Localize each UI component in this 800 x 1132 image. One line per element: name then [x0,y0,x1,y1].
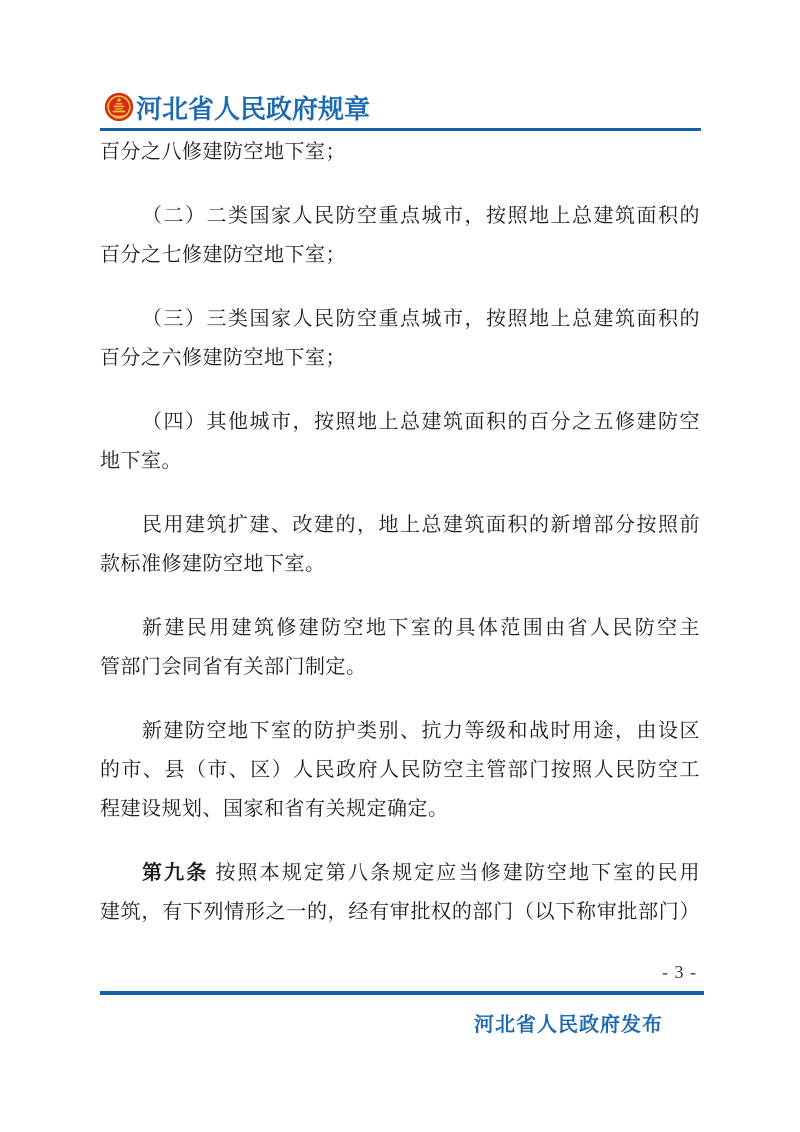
paragraph: 新建民用建筑修建防空地下室的具体范围由省人民防空主管部门会同省有关部门制定。 [100,609,700,687]
text-line: 新建民用建筑修建防空地下室的具体范围由省人民防空主 [100,609,700,648]
paragraph: （三）三类国家人民防空重点城市，按照地上总建筑面积的百分之六修建防空地下室； [100,300,700,378]
footer-rule [100,991,704,995]
publisher-label: 河北省人民政府发布 [474,1008,663,1037]
text-line: 程建设规划、国家和省有关规定确定。 [100,790,700,829]
text-line: （二）二类国家人民防空重点城市，按照地上总建筑面积的 [100,197,700,236]
paragraph: （二）二类国家人民防空重点城市，按照地上总建筑面积的百分之七修建防空地下室； [100,197,700,275]
page-number: - 3 - [662,962,697,983]
text-line: 建筑，有下列情形之一的，经有审批权的部门（以下称审批部门） [100,893,700,932]
document-page: 河北省人民政府规章 百分之八修建防空地下室；（二）二类国家人民防空重点城市，按照… [0,0,800,1132]
text-line: （三）三类国家人民防空重点城市，按照地上总建筑面积的 [100,300,700,339]
body-text: 百分之八修建防空地下室；（二）二类国家人民防空重点城市，按照地上总建筑面积的百分… [100,133,700,957]
text-line: 的市、县（市、区）人民政府人民防空主管部门按照人民防空工 [100,751,700,790]
document-header: 河北省人民政府规章 [104,89,370,125]
text-line: 民用建筑扩建、改建的，地上总建筑面积的新增部分按照前 [100,506,700,545]
paragraph: 百分之八修建防空地下室； [100,133,700,172]
text-line: 管部门会同省有关部门制定。 [100,648,700,687]
text-line: （四）其他城市，按照地上总建筑面积的百分之五修建防空 [100,403,700,442]
text-line: 第九条 按照本规定第八条规定应当修建防空地下室的民用 [100,854,700,893]
text-line: 地下室。 [100,442,700,481]
header-rule [100,128,701,131]
text-line: 新建防空地下室的防护类别、抗力等级和战时用途，由设区 [100,712,700,751]
text-line: 百分之六修建防空地下室； [100,339,700,378]
paragraph: 民用建筑扩建、改建的，地上总建筑面积的新增部分按照前款标准修建防空地下室。 [100,506,700,584]
text-line: 百分之八修建防空地下室； [100,133,700,172]
text-line: 款标准修建防空地下室。 [100,545,700,584]
paragraph: 第九条 按照本规定第八条规定应当修建防空地下室的民用建筑，有下列情形之一的，经有… [100,854,700,932]
paragraph: （四）其他城市，按照地上总建筑面积的百分之五修建防空地下室。 [100,403,700,481]
national-emblem-icon [104,92,134,122]
header-title: 河北省人民政府规章 [136,89,370,126]
article-number: 第九条 [142,862,208,884]
paragraph: 新建防空地下室的防护类别、抗力等级和战时用途，由设区的市、县（市、区）人民政府人… [100,712,700,829]
text-line: 百分之七修建防空地下室； [100,236,700,275]
